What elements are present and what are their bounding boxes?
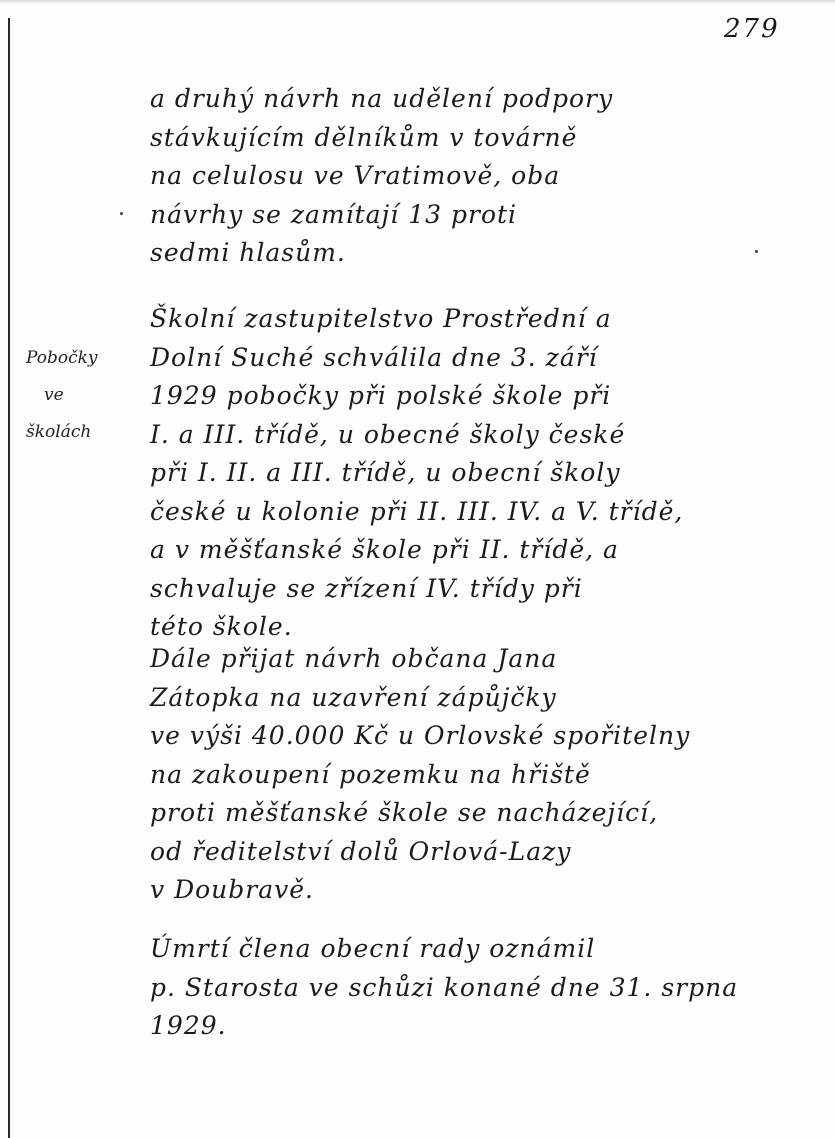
text-line: při I. II. a III. třídě, u obecní školy bbox=[150, 454, 683, 493]
paragraph-vote-result: a druhý návrh na udělení podpory stávkuj… bbox=[150, 80, 613, 273]
binding-edge-line bbox=[8, 18, 10, 1138]
ink-speck bbox=[755, 250, 758, 253]
text-line: na zakoupení pozemku na hřiště bbox=[150, 756, 690, 795]
paragraph-school-branches: Školní zastupitelstvo Prostřední a Dolní… bbox=[150, 300, 683, 647]
paragraph-death-notice: Úmrtí člena obecní rady oznámil p. Staro… bbox=[150, 930, 738, 1046]
text-line: v Doubravě. bbox=[150, 871, 690, 910]
text-line: 1929 pobočky při polské škole při bbox=[150, 377, 683, 416]
text-line: od ředitelství dolů Orlová-Lazy bbox=[150, 833, 690, 872]
text-line: Úmrtí člena obecní rady oznámil bbox=[150, 930, 738, 969]
text-line: na celulosu ve Vratimově, oba bbox=[150, 157, 613, 196]
paragraph-loan-proposal: Dále přijat návrh občana Jana Zátopka na… bbox=[150, 640, 690, 910]
text-line: Zátopka na uzavření zápůjčky bbox=[150, 679, 690, 718]
text-line: stávkujícím dělníkům v továrně bbox=[150, 119, 613, 158]
text-line: a druhý návrh na udělení podpory bbox=[150, 80, 613, 119]
text-line: návrhy se zamítají 13 proti bbox=[150, 196, 613, 235]
page-number: 279 bbox=[724, 14, 780, 44]
scan-top-edge bbox=[0, 0, 835, 4]
margin-note-line: ve bbox=[26, 377, 126, 414]
text-line: sedmi hlasům. bbox=[150, 234, 613, 273]
margin-note-line: školách bbox=[26, 414, 126, 451]
margin-note: Pobočky ve školách bbox=[26, 340, 126, 451]
text-line: Školní zastupitelstvo Prostřední a bbox=[150, 300, 683, 339]
text-line: Dále přijat návrh občana Jana bbox=[150, 640, 690, 679]
scanned-page: 279 Pobočky ve školách a druhý návrh na … bbox=[0, 0, 835, 1138]
text-line: p. Starosta ve schůzi konané dne 31. srp… bbox=[150, 969, 738, 1008]
text-line: české u kolonie při II. III. IV. a V. tř… bbox=[150, 493, 683, 532]
text-line: schvaluje se zřízení IV. třídy při bbox=[150, 570, 683, 609]
text-line: ve výši 40.000 Kč u Orlovské spořitelny bbox=[150, 717, 690, 756]
text-line: Dolní Suché schválila dne 3. září bbox=[150, 339, 683, 378]
text-line: a v měšťanské škole při II. třídě, a bbox=[150, 531, 683, 570]
text-line: proti měšťanské škole se nacházející, bbox=[150, 794, 690, 833]
text-line: 1929. bbox=[150, 1007, 738, 1046]
text-line: I. a III. třídě, u obecné školy české bbox=[150, 416, 683, 455]
margin-note-line: Pobočky bbox=[26, 340, 126, 377]
ink-speck bbox=[120, 212, 123, 215]
